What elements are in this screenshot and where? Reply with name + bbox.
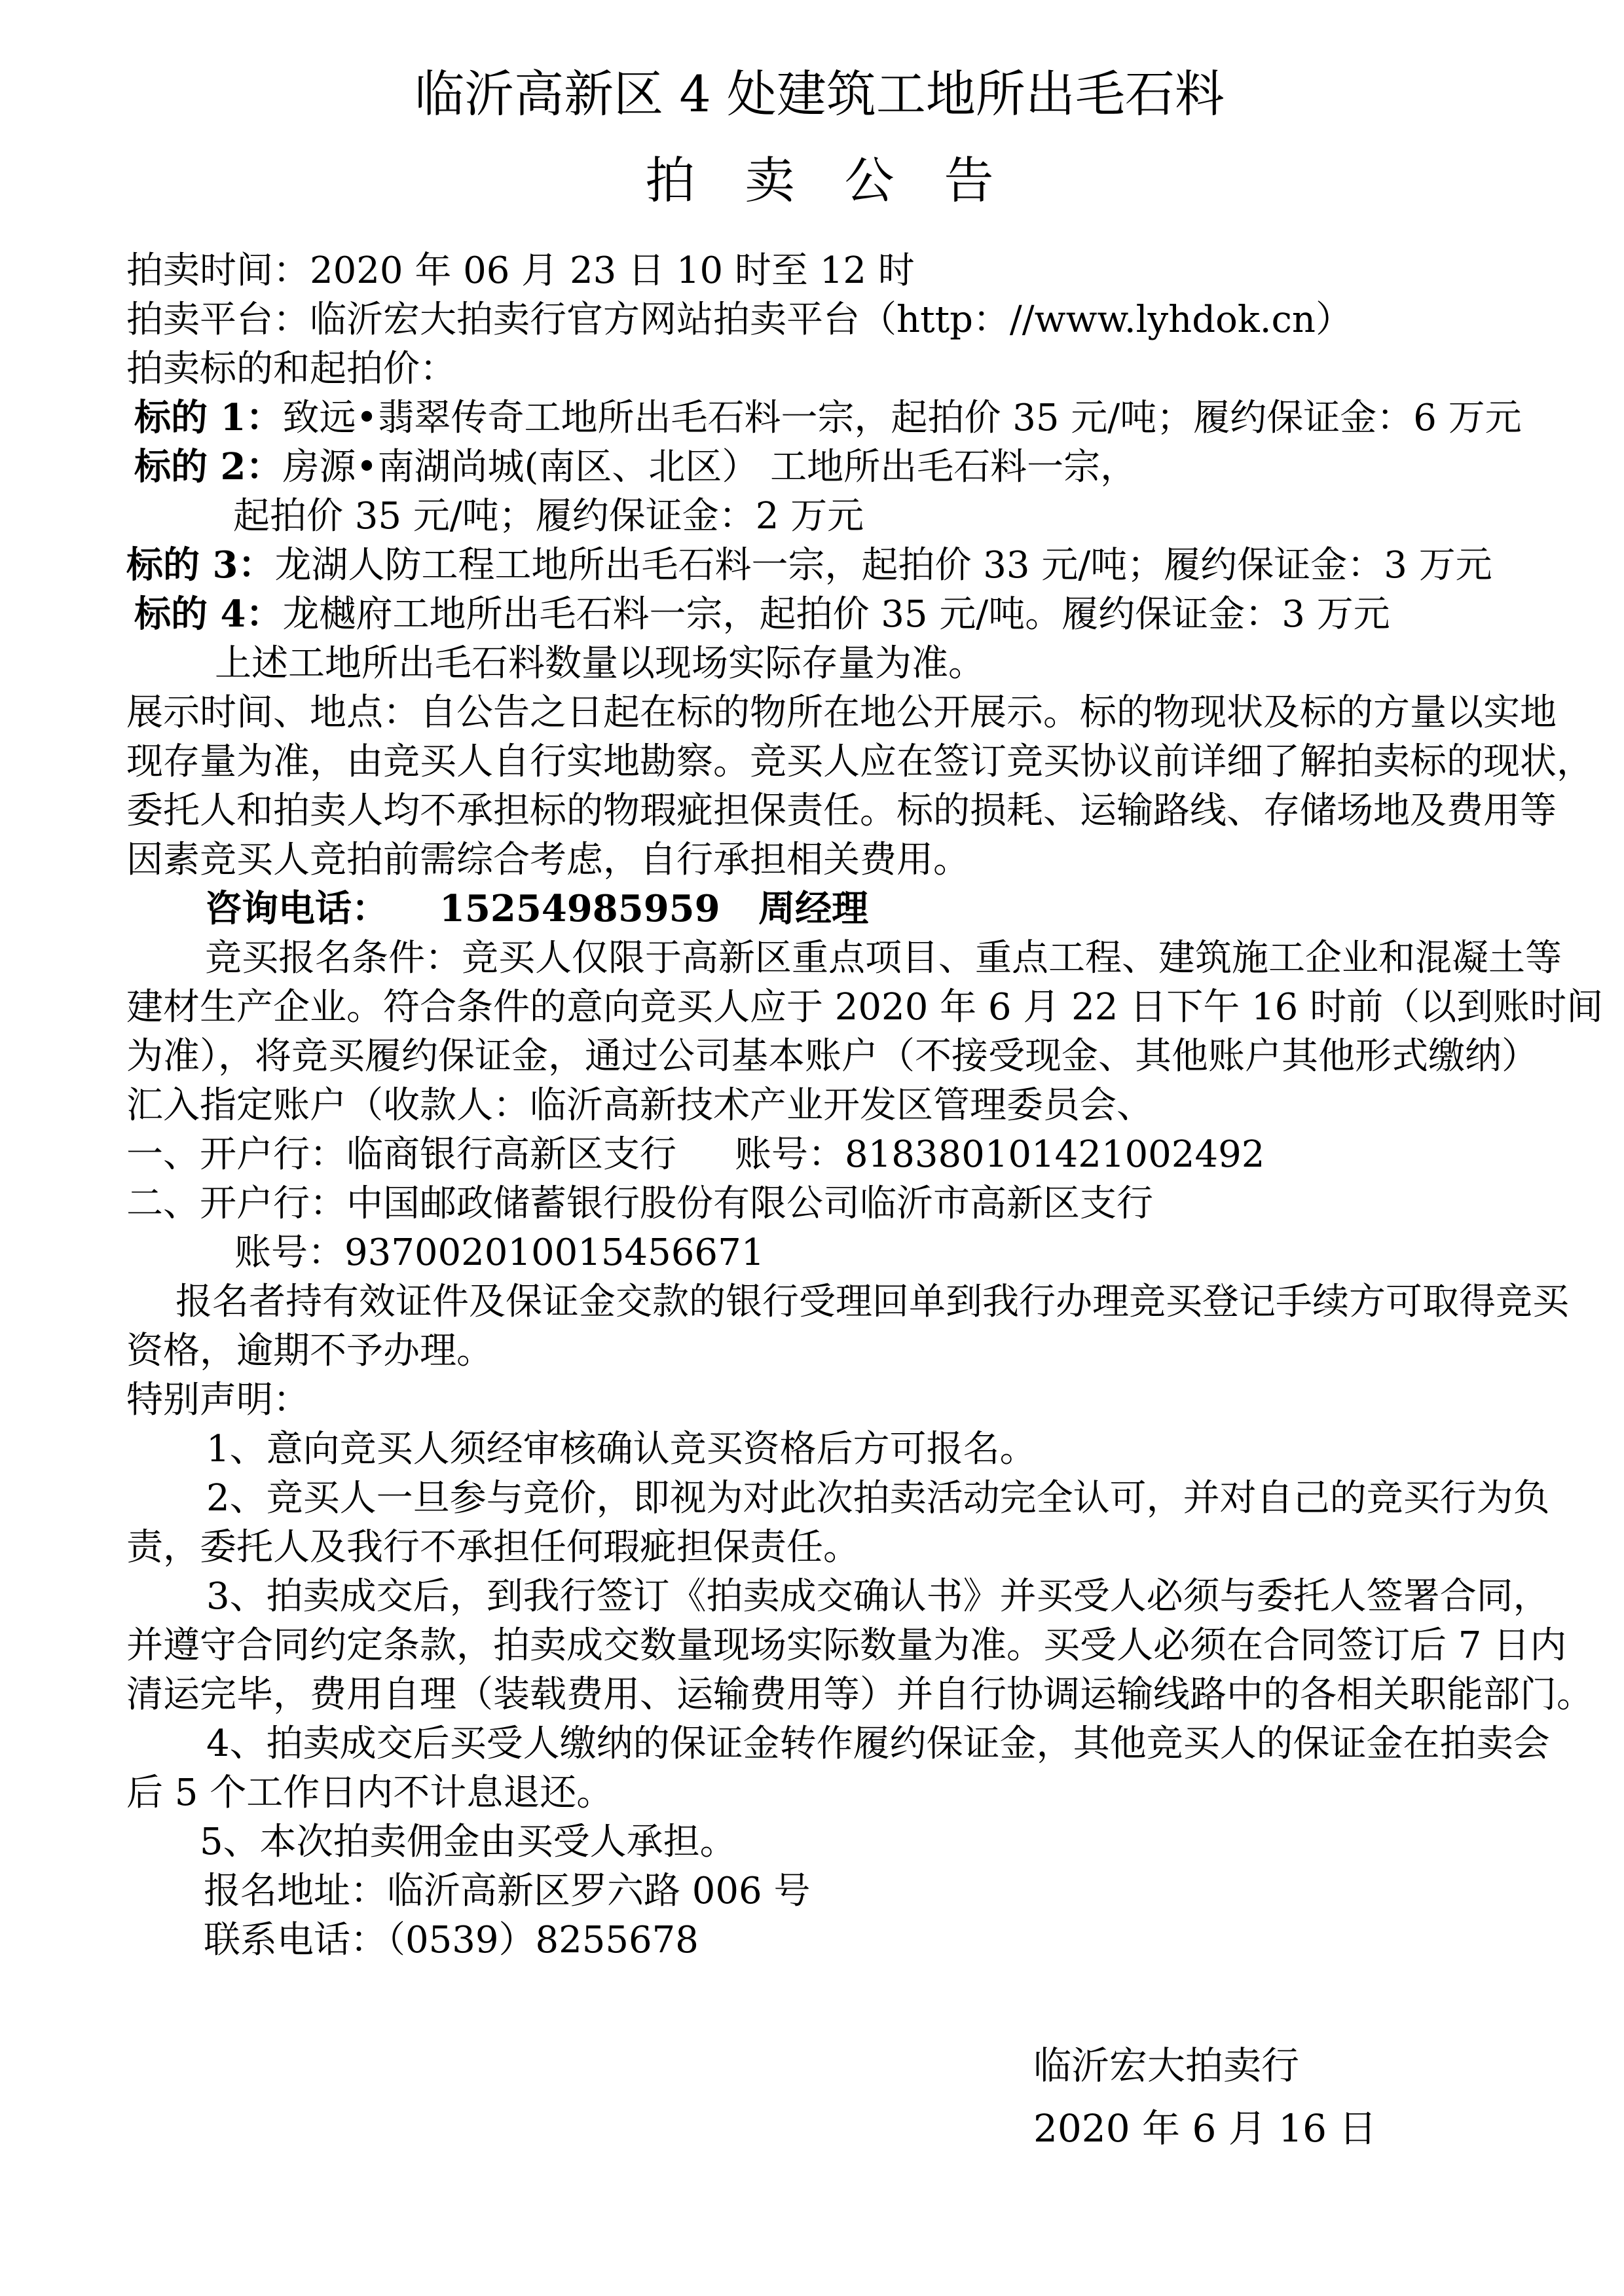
text-segment: 建材生产企业。符合条件的意向竞买人应于 2020 年 6 月 22 日下午 16… (126, 986, 1603, 1029)
text-segment: 5、本次拍卖佣金由买受人承担。 (200, 1821, 737, 1863)
text-line: 现存量为准，由竞买人自行实地勘察。竞买人应在签订竞买协议前详细了解拍卖标的现状， (126, 737, 1513, 786)
document-subtitle: 拍 卖 公 告 (126, 151, 1513, 211)
text-line: 因素竞买人竞拍前需综合考虑，自行承担相关费用。 (126, 835, 1513, 884)
text-segment-bold: 标的 4： (134, 592, 282, 636)
text-line: 竞买报名条件：竞买人仅限于高新区重点项目、重点工程、建筑施工企业和混凝土等 (126, 934, 1513, 983)
text-segment: 后 5 个工作日内不计息退还。 (126, 1772, 613, 1814)
text-line: 起拍价 35 元/吨；履约保证金：2 万元 (126, 492, 1513, 541)
text-line: 5、本次拍卖佣金由买受人承担。 (126, 1817, 1513, 1867)
text-segment: 房源•南湖尚城(南区、北区） 工地所出毛石料一宗， (282, 446, 1137, 488)
text-segment: 4、拍卖成交后买受人缴纳的保证金转作履约保证金，其他竞买人的保证金在拍卖会 (206, 1722, 1550, 1765)
text-line: 为准），将竞买履约保证金，通过公司基本账户（不接受现金、其他账户其他形式缴纳） (126, 1032, 1513, 1081)
text-segment: 联系电话：（0539）8255678 (204, 1919, 699, 1961)
text-segment: 3、拍卖成交后，到我行签订《拍卖成交确认书》并买受人必须与委托人签署合同， (206, 1575, 1550, 1618)
text-segment: 拍卖标的和起拍价： (126, 348, 456, 390)
text-line: 3、拍卖成交后，到我行签订《拍卖成交确认书》并买受人必须与委托人签署合同， (126, 1572, 1513, 1621)
text-line: 汇入指定账户（收款人：临沂高新技术产业开发区管理委员会、 (126, 1081, 1513, 1130)
text-segment: 特别声明： (126, 1379, 310, 1421)
document-body: 拍卖时间：2020 年 06 月 23 日 10 时至 12 时拍卖平台：临沂宏… (126, 246, 1513, 1965)
text-line: 2、竞买人一旦参与竞价，即视为对此次拍卖活动完全认可，并对自己的竞买行为负 (126, 1474, 1513, 1523)
text-segment-bold: 标的 1： (134, 396, 282, 439)
text-segment: 1、意向竞买人须经审核确认竞买资格后方可报名。 (206, 1428, 1037, 1470)
signature-block: 临沂宏大拍卖行 2020 年 6 月 16 日 (126, 2034, 1513, 2160)
signature-date: 2020 年 6 月 16 日 (1033, 2097, 1513, 2160)
text-line: 并遵守合同约定条款，拍卖成交数量现场实际数量为准。买受人必须在合同签订后 7 日… (126, 1621, 1513, 1670)
text-segment: 委托人和拍卖人均不承担标的物瑕疵担保责任。标的损耗、运输路线、存储场地及费用等 (126, 790, 1557, 832)
text-line: 标的 3：龙湖人防工程工地所出毛石料一宗，起拍价 33 元/吨；履约保证金：3 … (126, 541, 1513, 590)
text-segment: 龙湖人防工程工地所出毛石料一宗，起拍价 33 元/吨；履约保证金：3 万元 (274, 544, 1492, 587)
text-line: 标的 1：致远•翡翠传奇工地所出毛石料一宗，起拍价 35 元/吨；履约保证金：6… (126, 393, 1513, 443)
text-segment-bold: 标的 2： (134, 445, 282, 488)
text-segment: 2、竞买人一旦参与竞价，即视为对此次拍卖活动完全认可，并对自己的竞买行为负 (206, 1477, 1550, 1520)
text-line: 委托人和拍卖人均不承担标的物瑕疵担保责任。标的损耗、运输路线、存储场地及费用等 (126, 786, 1513, 835)
text-line: 咨询电话： 15254985959 周经理 (126, 884, 1513, 934)
text-segment: 起拍价 35 元/吨；履约保证金：2 万元 (233, 495, 864, 538)
text-line: 展示时间、地点：自公告之日起在标的物所在地公开展示。标的物现状及标的方量以实地 (126, 688, 1513, 737)
text-segment: 龙樾府工地所出毛石料一宗，起拍价 35 元/吨。履约保证金：3 万元 (282, 593, 1390, 636)
text-line: 账号：937002010015456671 (126, 1228, 1513, 1277)
text-segment: 账号：937002010015456671 (234, 1231, 764, 1274)
text-line: 责，委托人及我行不承担任何瑕疵担保责任。 (126, 1523, 1513, 1572)
text-segment: 现存量为准，由竞买人自行实地勘察。竞买人应在签订竞买协议前详细了解拍卖标的现状， (126, 740, 1593, 783)
text-segment: 报名者持有效证件及保证金交款的银行受理回单到我行办理竞买登记手续方可取得竞买 (175, 1281, 1569, 1323)
text-line: 报名者持有效证件及保证金交款的银行受理回单到我行办理竞买登记手续方可取得竞买 (126, 1277, 1513, 1326)
text-segment: 为准），将竞买履约保证金，通过公司基本账户（不接受现金、其他账户其他形式缴纳） (126, 1035, 1538, 1078)
text-line: 清运完毕，费用自理（装载费用、运输费用等）并自行协调运输线路中的各相关职能部门。 (126, 1670, 1513, 1719)
text-line: 4、拍卖成交后买受人缴纳的保证金转作履约保证金，其他竞买人的保证金在拍卖会 (126, 1719, 1513, 1768)
text-segment: 资格，逾期不予办理。 (126, 1330, 493, 1372)
text-segment: 二、开户行：中国邮政储蓄银行股份有限公司临沂市高新区支行 (126, 1182, 1153, 1225)
text-line: 建材生产企业。符合条件的意向竞买人应于 2020 年 6 月 22 日下午 16… (126, 983, 1513, 1032)
text-segment: 责，委托人及我行不承担任何瑕疵担保责任。 (126, 1526, 860, 1569)
text-line: 一、开户行：临商银行高新区支行 账号：818380101421002492 (126, 1130, 1513, 1179)
signature-name: 临沂宏大拍卖行 (1033, 2034, 1513, 2097)
text-line: 资格，逾期不予办理。 (126, 1326, 1513, 1376)
text-segment: 展示时间、地点：自公告之日起在标的物所在地公开展示。标的物现状及标的方量以实地 (126, 691, 1557, 734)
text-line: 二、开户行：中国邮政储蓄银行股份有限公司临沂市高新区支行 (126, 1179, 1513, 1228)
text-segment: 一、开户行：临商银行高新区支行 账号：818380101421002492 (126, 1133, 1264, 1176)
text-segment: 并遵守合同约定条款，拍卖成交数量现场实际数量为准。买受人必须在合同签订后 7 日… (126, 1624, 1566, 1667)
text-segment: 因素竞买人竞拍前需综合考虑，自行承担相关费用。 (126, 839, 970, 881)
text-segment: 汇入指定账户（收款人：临沂高新技术产业开发区管理委员会、 (126, 1084, 1153, 1127)
text-line: 报名地址：临沂高新区罗六路 006 号 (126, 1867, 1513, 1916)
text-line: 标的 2：房源•南湖尚城(南区、北区） 工地所出毛石料一宗， (126, 443, 1513, 492)
text-line: 拍卖时间：2020 年 06 月 23 日 10 时至 12 时 (126, 246, 1513, 295)
text-line: 后 5 个工作日内不计息退还。 (126, 1768, 1513, 1817)
text-segment-bold: 标的 3： (126, 543, 274, 587)
text-line: 拍卖标的和起拍价： (126, 344, 1513, 393)
text-segment: 报名地址：临沂高新区罗六路 006 号 (204, 1870, 811, 1912)
text-segment: 拍卖平台：临沂宏大拍卖行官方网站拍卖平台（http：//www.lyhdok.c… (126, 299, 1352, 341)
text-line: 特别声明： (126, 1376, 1513, 1425)
text-line: 联系电话：（0539）8255678 (126, 1916, 1513, 1965)
text-segment: 致远•翡翠传奇工地所出毛石料一宗，起拍价 35 元/吨；履约保证金：6 万元 (282, 397, 1521, 439)
text-line: 标的 4：龙樾府工地所出毛石料一宗，起拍价 35 元/吨。履约保证金：3 万元 (126, 590, 1513, 639)
text-line: 上述工地所出毛石料数量以现场实际存量为准。 (126, 639, 1513, 688)
text-segment: 拍卖时间：2020 年 06 月 23 日 10 时至 12 时 (126, 249, 915, 292)
text-segment: 上述工地所出毛石料数量以现场实际存量为准。 (215, 642, 985, 685)
text-segment: 竞买报名条件：竞买人仅限于高新区重点项目、重点工程、建筑施工企业和混凝土等 (205, 937, 1562, 979)
document-title: 临沂高新区 4 处建筑工地所出毛石料 (126, 64, 1513, 124)
text-line: 拍卖平台：临沂宏大拍卖行官方网站拍卖平台（http：//www.lyhdok.c… (126, 295, 1513, 344)
text-segment-bold: 咨询电话： 15254985959 周经理 (205, 887, 868, 930)
text-segment: 清运完毕，费用自理（装载费用、运输费用等）并自行协调运输线路中的各相关职能部门。 (126, 1673, 1593, 1716)
document-page: 临沂高新区 4 处建筑工地所出毛石料 拍 卖 公 告 拍卖时间：2020 年 0… (0, 0, 1624, 2296)
text-line: 1、意向竞买人须经审核确认竞买资格后方可报名。 (126, 1425, 1513, 1474)
